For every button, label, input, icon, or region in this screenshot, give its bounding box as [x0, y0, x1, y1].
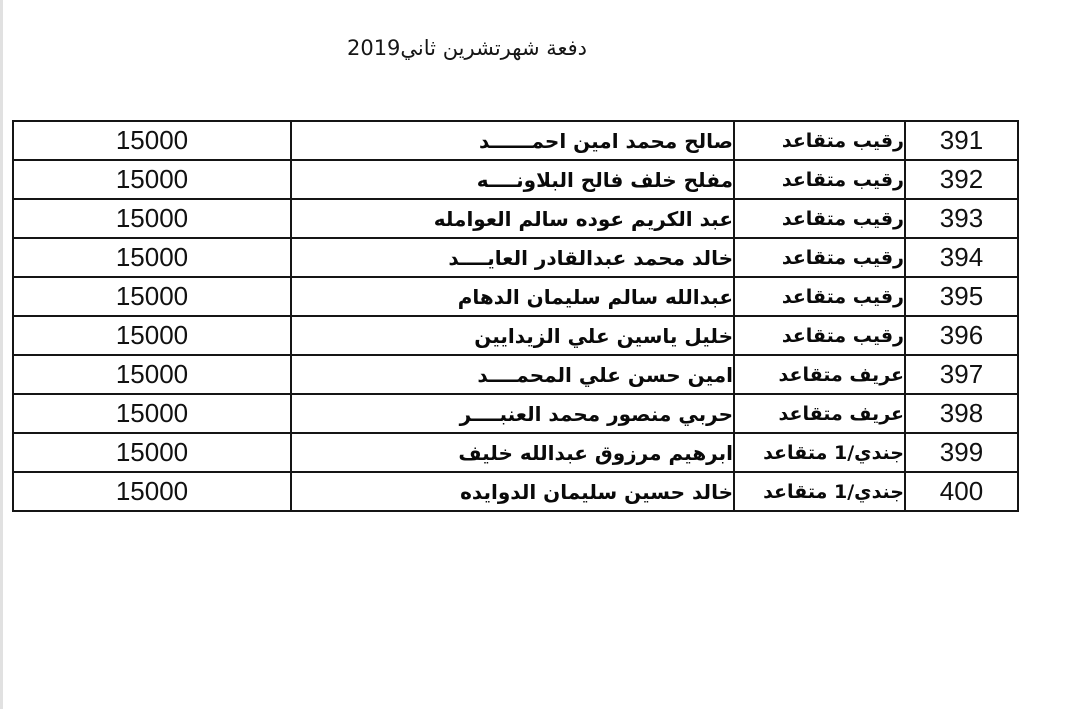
name-cell: عبدالله سالم سليمان الدهام [291, 277, 734, 316]
amount-cell: 15000 [13, 355, 291, 394]
scan-edge-artifact [0, 0, 3, 709]
amount-cell: 15000 [13, 316, 291, 355]
amount-cell: 15000 [13, 433, 291, 472]
table-row: 398 عريف متقاعد حربي منصور محمد العنبـــ… [13, 394, 1018, 433]
amount-cell: 15000 [13, 277, 291, 316]
amount-cell: 15000 [13, 238, 291, 277]
rank-cell: رقيب متقاعد [734, 277, 905, 316]
table-row: 395 رقيب متقاعد عبدالله سالم سليمان الده… [13, 277, 1018, 316]
rank-cell: رقيب متقاعد [734, 160, 905, 199]
amount-cell: 15000 [13, 199, 291, 238]
rank-cell: رقيب متقاعد [734, 199, 905, 238]
row-number-cell: 392 [905, 160, 1018, 199]
rank-cell: رقيب متقاعد [734, 316, 905, 355]
rank-cell: رقيب متقاعد [734, 121, 905, 160]
amount-cell: 15000 [13, 472, 291, 511]
amount-cell: 15000 [13, 121, 291, 160]
table-row: 399 جندي/1 متقاعد ابرهيم مرزوق عبدالله خ… [13, 433, 1018, 472]
rank-cell: جندي/1 متقاعد [734, 472, 905, 511]
row-number-cell: 393 [905, 199, 1018, 238]
row-number-cell: 398 [905, 394, 1018, 433]
table-row: 393 رقيب متقاعد عبد الكريم عوده سالم الع… [13, 199, 1018, 238]
name-cell: ابرهيم مرزوق عبدالله خليف [291, 433, 734, 472]
name-cell: صالح محمد امين احمــــــد [291, 121, 734, 160]
document-title: دفعة شهرتشرين ثاني2019 [0, 36, 1007, 60]
row-number-cell: 399 [905, 433, 1018, 472]
table-row: 400 جندي/1 متقاعد خالد حسين سليمان الدوا… [13, 472, 1018, 511]
name-cell: خالد محمد عبدالقادر العايــــد [291, 238, 734, 277]
name-cell: خالد حسين سليمان الدوايده [291, 472, 734, 511]
rank-cell: عريف متقاعد [734, 355, 905, 394]
name-cell: عبد الكريم عوده سالم العوامله [291, 199, 734, 238]
name-cell: خليل ياسين علي الزيدايين [291, 316, 734, 355]
payroll-table: 391 رقيب متقاعد صالح محمد امين احمــــــ… [12, 120, 1019, 512]
row-number-cell: 396 [905, 316, 1018, 355]
rank-cell: جندي/1 متقاعد [734, 433, 905, 472]
table-row: 394 رقيب متقاعد خالد محمد عبدالقادر العا… [13, 238, 1018, 277]
row-number-cell: 394 [905, 238, 1018, 277]
table-row: 392 رقيب متقاعد مفلح خلف فالح البلاونـــ… [13, 160, 1018, 199]
payroll-table-body: 391 رقيب متقاعد صالح محمد امين احمــــــ… [13, 121, 1018, 511]
name-cell: مفلح خلف فالح البلاونــــه [291, 160, 734, 199]
rank-cell: عريف متقاعد [734, 394, 905, 433]
table-row: 396 رقيب متقاعد خليل ياسين علي الزيدايين… [13, 316, 1018, 355]
row-number-cell: 400 [905, 472, 1018, 511]
name-cell: حربي منصور محمد العنبــــر [291, 394, 734, 433]
row-number-cell: 395 [905, 277, 1018, 316]
amount-cell: 15000 [13, 394, 291, 433]
table-row: 397 عريف متقاعد امين حسن علي المحمــــد … [13, 355, 1018, 394]
row-number-cell: 397 [905, 355, 1018, 394]
table-row: 391 رقيب متقاعد صالح محمد امين احمــــــ… [13, 121, 1018, 160]
scanned-document-page: دفعة شهرتشرين ثاني2019 391 رقيب متقاعد ص… [0, 0, 1080, 709]
row-number-cell: 391 [905, 121, 1018, 160]
rank-cell: رقيب متقاعد [734, 238, 905, 277]
amount-cell: 15000 [13, 160, 291, 199]
name-cell: امين حسن علي المحمــــد [291, 355, 734, 394]
